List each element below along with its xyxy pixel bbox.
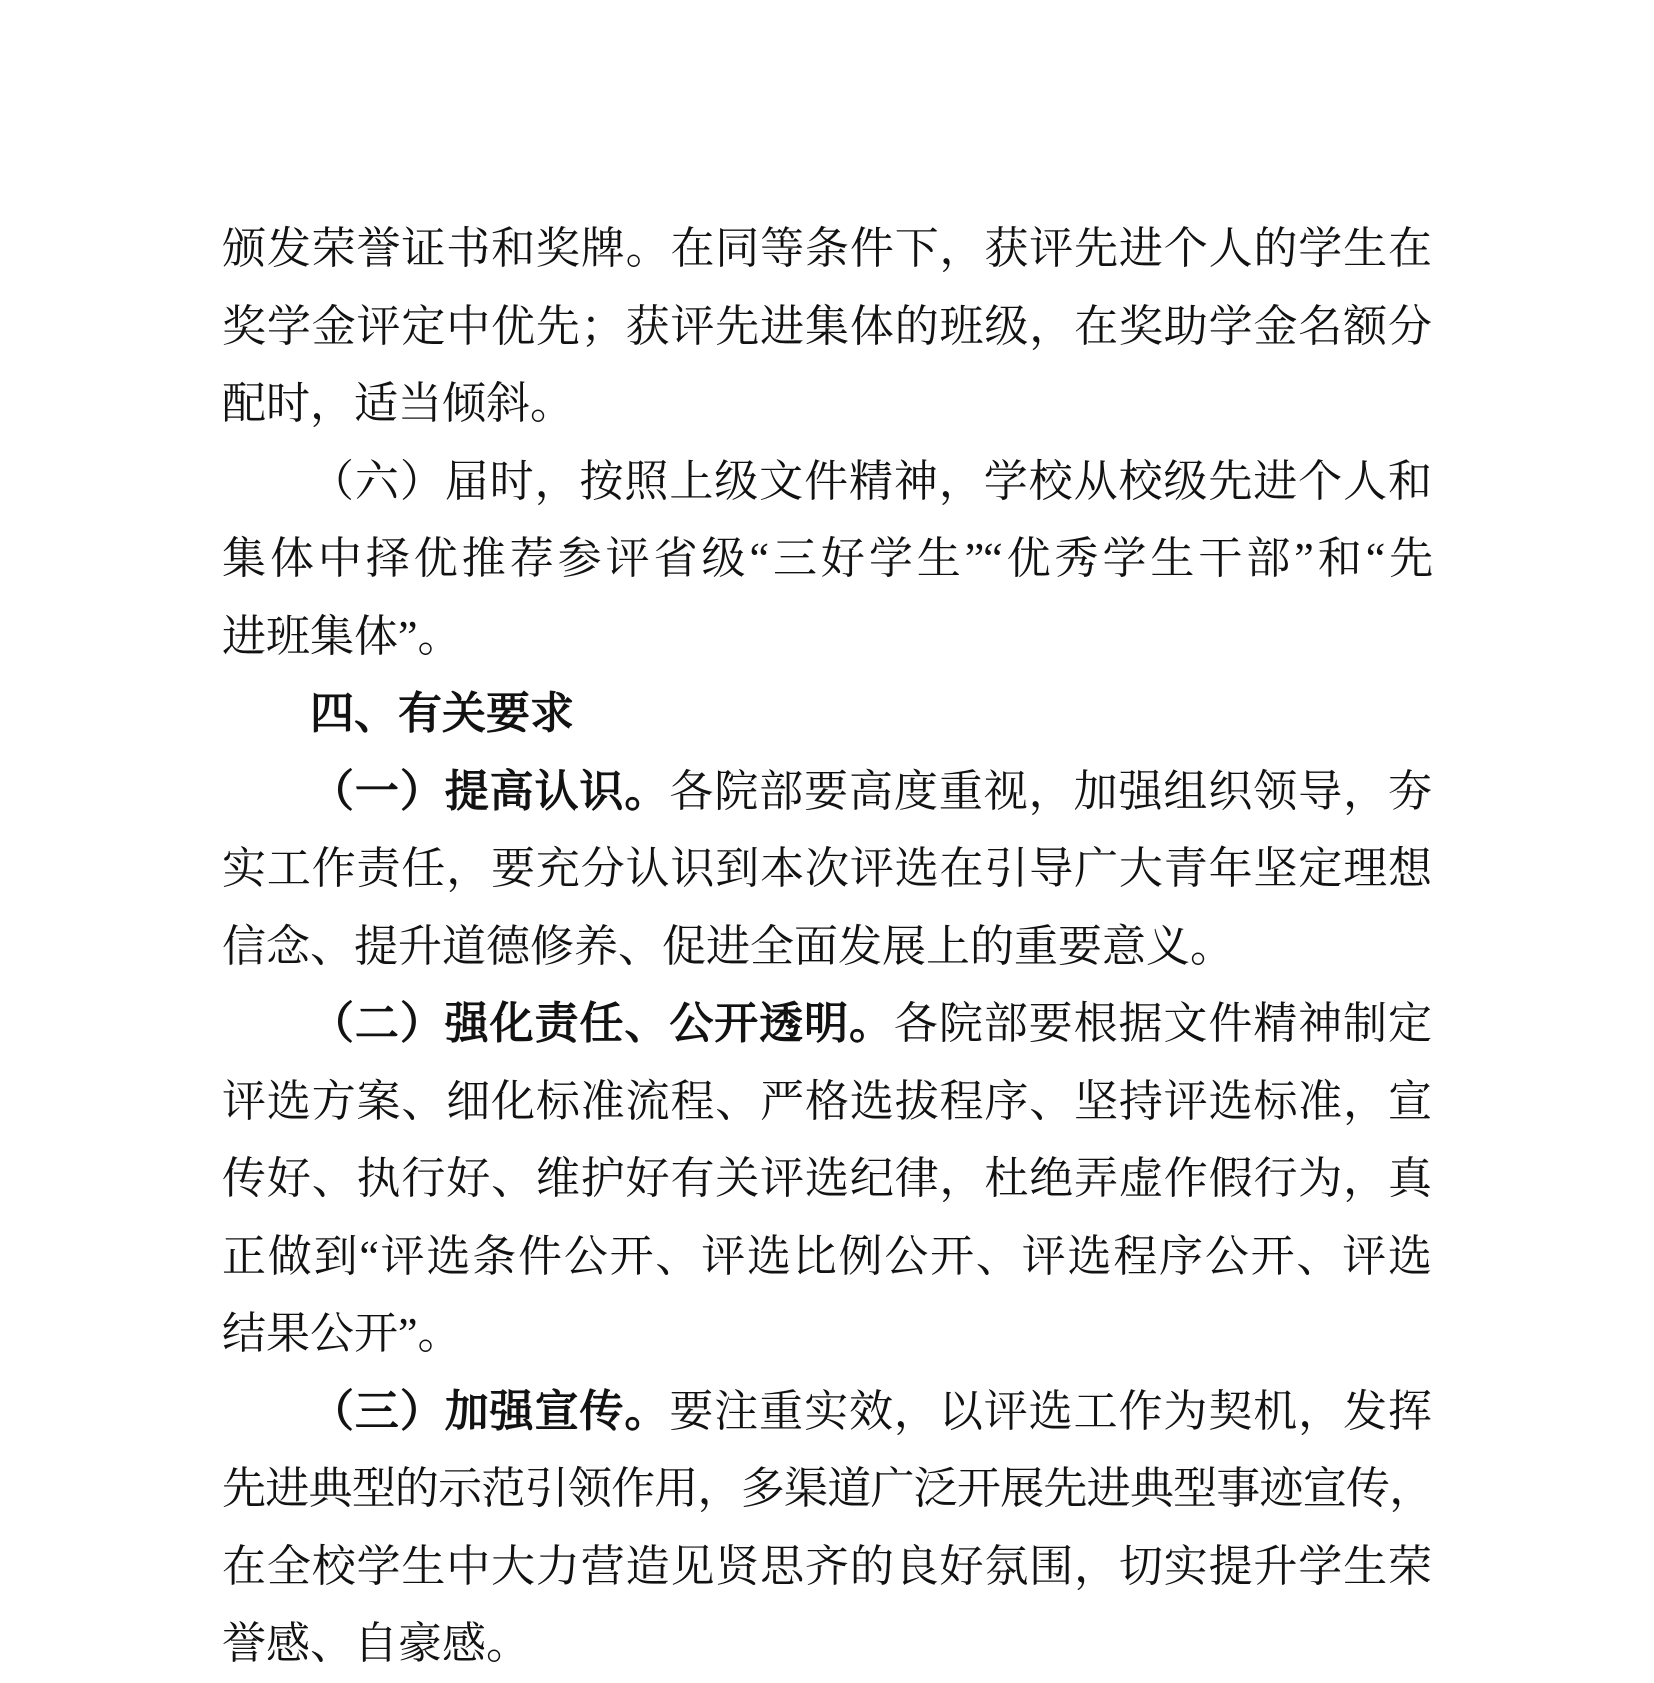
paragraph-lead-text: （一）提高认识。 — [310, 767, 669, 816]
text-line: 进班集体”。 — [222, 598, 1432, 676]
text-line: 奖学金评定中优先；获评先进集体的班级，在奖助学金名额分 — [222, 288, 1432, 366]
paragraph-lead-text: （二）强化责任、公开透明。 — [310, 999, 894, 1048]
text-line: （三）加强宣传。要注重实效，以评选工作为契机，发挥 — [222, 1373, 1432, 1451]
paragraph-body-text: 要注重实效，以评选工作为契机，发挥 — [669, 1387, 1432, 1436]
text-line: 评选方案、细化标准流程、严格选拔程序、坚持评选标准，宣 — [222, 1063, 1432, 1141]
section-heading: 四、有关要求 — [222, 675, 1432, 753]
paragraph-body-text: 各院部要根据文件精神制定 — [894, 999, 1432, 1048]
text-line: 信念、提升道德修养、促进全面发展上的重要意义。 — [222, 908, 1432, 986]
text-line: 配时，适当倾斜。 — [222, 365, 1432, 443]
text-line: 誉感、自豪感。 — [222, 1605, 1432, 1683]
text-line: （六）届时，按照上级文件精神，学校从校级先进个人和 — [222, 443, 1432, 521]
text-line: 在全校学生中大力营造见贤思齐的良好氛围，切实提升学生荣 — [222, 1528, 1432, 1606]
text-line: 颁发荣誉证书和奖牌。在同等条件下，获评先进个人的学生在 — [222, 210, 1432, 288]
paragraph-body-text: 各院部要高度重视，加强组织领导，夯 — [669, 767, 1432, 816]
text-line: 集体中择优推荐参评省级“三好学生”“优秀学生干部”和“先 — [222, 520, 1432, 598]
text-line: 结果公开”。 — [222, 1295, 1432, 1373]
document-text-block: 颁发荣誉证书和奖牌。在同等条件下，获评先进个人的学生在 奖学金评定中优先；获评先… — [222, 210, 1432, 1683]
paragraph-lead-text: （三）加强宣传。 — [310, 1387, 669, 1436]
text-line: 先进典型的示范引领作用，多渠道广泛开展先进典型事迹宣传， — [222, 1450, 1432, 1528]
text-line: 正做到“评选条件公开、评选比例公开、评选程序公开、评选 — [222, 1218, 1432, 1296]
text-line: （二）强化责任、公开透明。各院部要根据文件精神制定 — [222, 985, 1432, 1063]
text-line: 传好、执行好、维护好有关评选纪律，杜绝弄虚作假行为，真 — [222, 1140, 1432, 1218]
document-page: 颁发荣誉证书和奖牌。在同等条件下，获评先进个人的学生在 奖学金评定中优先；获评先… — [0, 0, 1654, 1683]
text-line: （一）提高认识。各院部要高度重视，加强组织领导，夯 — [222, 753, 1432, 831]
text-line: 实工作责任，要充分认识到本次评选在引导广大青年坚定理想 — [222, 830, 1432, 908]
